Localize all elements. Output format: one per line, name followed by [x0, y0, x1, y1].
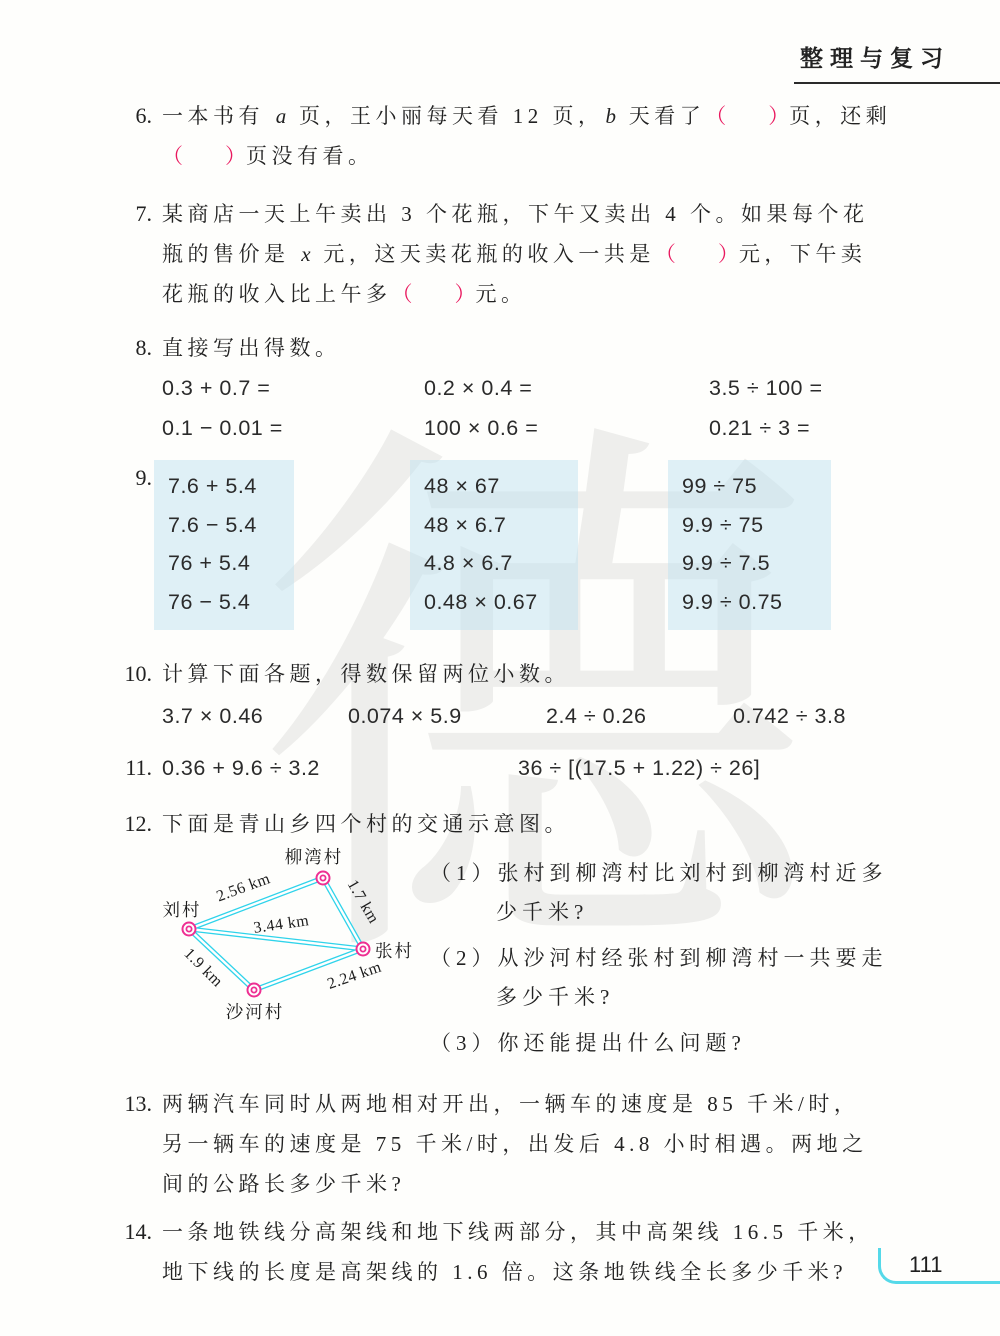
village-label-zhang: 张村: [375, 941, 414, 961]
question-10-equations: 3.7 × 0.46 0.074 × 5.9 2.4 ÷ 0.26 0.742 …: [162, 694, 918, 738]
blank-parentheses: （ ）: [392, 282, 476, 306]
question-10: 10. 计算下面各题，得数保留两位小数。 3.7 × 0.46 0.074 × …: [108, 654, 918, 738]
text-segment: 页，王小丽每天看 12 页，: [289, 104, 603, 128]
question-13-body: 两辆汽车同时从两地相对开出，一辆车的速度是 85 千米/时， 另一辆车的速度是 …: [162, 1084, 918, 1204]
question-12-content: 柳湾村 刘村 张村 沙河村 2.56 km 1.7 km 3.44 km 1.9…: [162, 846, 918, 1070]
question-8-title: 直接写出得数。: [162, 328, 918, 368]
question-12-subquestions: （1）张村到柳湾村比刘村到柳湾村近多 少千米? （2）从沙河村经张村到柳湾村一共…: [430, 846, 912, 1070]
equation: 2.4 ÷ 0.26: [546, 694, 733, 738]
equation: 36 ÷ [(17.5 + 1.22) ÷ 26]: [518, 748, 918, 788]
question-8: 8. 直接写出得数。 0.3 + 0.7 = 0.2 × 0.4 = 3.5 ÷…: [108, 328, 918, 448]
blank-parentheses: （ ）: [655, 242, 739, 266]
village-label-liuwan: 柳湾村: [285, 847, 344, 867]
equation: 76 − 5.4: [168, 583, 280, 622]
subquestion-line: （1）张村到柳湾村比刘村到柳湾村近多: [430, 854, 912, 893]
equation: 100 × 0.6 =: [424, 408, 709, 448]
blank-parentheses: （ ）: [705, 104, 789, 128]
village-label-liu: 刘村: [163, 900, 202, 920]
question-7-line-2: 瓶的售价是 x 元，这天卖花瓶的收入一共是（ ）元，下午卖: [162, 234, 918, 274]
page-number: 111: [909, 1252, 942, 1278]
question-14-line-2: 地下线的长度是高架线的 1.6 倍。这条地铁线全长多少千米?: [162, 1252, 918, 1292]
highlighted-equation-column: 7.6 + 5.4 7.6 − 5.4 76 + 5.4 76 − 5.4: [154, 460, 294, 630]
question-13-number: 13.: [108, 1084, 162, 1204]
equation: 76 + 5.4: [168, 544, 280, 583]
question-8-body: 直接写出得数。 0.3 + 0.7 = 0.2 × 0.4 = 3.5 ÷ 10…: [162, 328, 918, 448]
question-6-number: 6.: [108, 96, 162, 176]
math-variable-x: x: [299, 242, 313, 266]
question-14-line-1: 一条地铁线分高架线和地下线两部分，其中高架线 16.5 千米，: [162, 1212, 918, 1252]
question-14-body: 一条地铁线分高架线和地下线两部分，其中高架线 16.5 千米， 地下线的长度是高…: [162, 1212, 918, 1292]
question-13: 13. 两辆汽车同时从两地相对开出，一辆车的速度是 85 千米/时， 另一辆车的…: [108, 1084, 918, 1204]
question-9-body: 7.6 + 5.4 7.6 − 5.4 76 + 5.4 76 − 5.4 48…: [162, 458, 918, 630]
text-segment: 天看了: [619, 104, 705, 128]
question-13-line-1: 两辆汽车同时从两地相对开出，一辆车的速度是 85 千米/时，: [162, 1084, 918, 1124]
equation: 7.6 − 5.4: [168, 506, 280, 545]
question-9-columns: 7.6 + 5.4 7.6 − 5.4 76 + 5.4 76 − 5.4 48…: [162, 458, 918, 630]
question-9: 9. 7.6 + 5.4 7.6 − 5.4 76 + 5.4 76 − 5.4…: [108, 458, 918, 630]
subquestion-line: 多少千米?: [430, 978, 912, 1017]
equation: 0.21 ÷ 3 =: [709, 408, 918, 448]
question-6-line-1: 一本书有 a 页，王小丽每天看 12 页，b 天看了（ ）页，还剩: [162, 96, 918, 136]
equation: 0.1 − 0.01 =: [162, 408, 424, 448]
question-12-intro: 下面是青山乡四个村的交通示意图。: [162, 804, 918, 844]
subquestion-line: （2）从沙河村经张村到柳湾村一共要走: [430, 939, 912, 978]
text-segment: 元。: [476, 282, 527, 306]
village-node-liuwan-inner: [320, 875, 325, 880]
text-segment: 瓶的售价是: [162, 242, 299, 266]
question-11-equations: 0.36 + 9.6 ÷ 3.2 36 ÷ [(17.5 + 1.22) ÷ 2…: [162, 748, 918, 788]
math-variable-b: b: [604, 104, 620, 128]
question-11-number: 11.: [108, 748, 162, 788]
page-title: 整理与复习: [794, 46, 950, 71]
equation: 7.6 + 5.4: [168, 467, 280, 506]
equation: 9.9 ÷ 0.75: [682, 583, 817, 622]
question-6: 6. 一本书有 a 页，王小丽每天看 12 页，b 天看了（ ）页，还剩 （ ）…: [108, 96, 918, 176]
equation: 48 × 67: [424, 467, 564, 506]
question-7-line-1: 某商店一天上午卖出 3 个花瓶，下午又卖出 4 个。如果每个花: [162, 194, 918, 234]
text-segment: 一本书有: [162, 104, 274, 128]
equation: 3.5 ÷ 100 =: [709, 368, 918, 408]
question-11: 11. 0.36 + 9.6 ÷ 3.2 36 ÷ [(17.5 + 1.22)…: [108, 748, 918, 788]
subquestion-2: （2）从沙河村经张村到柳湾村一共要走 多少千米?: [430, 939, 912, 1017]
exercise-list: 6. 一本书有 a 页，王小丽每天看 12 页，b 天看了（ ）页，还剩 （ ）…: [108, 96, 918, 1292]
question-10-number: 10.: [108, 654, 162, 738]
village-node-liu-inner: [186, 926, 191, 931]
village-node-zhang-inner: [360, 946, 365, 951]
distance-label-liuwan-zhang: 1.7 km: [344, 877, 382, 927]
question-7-number: 7.: [108, 194, 162, 314]
question-12: 12. 下面是青山乡四个村的交通示意图。: [108, 804, 918, 1070]
subquestion-line: （3）你还能提出什么问题?: [430, 1024, 912, 1063]
question-12-body: 下面是青山乡四个村的交通示意图。: [162, 804, 918, 1070]
village-road-diagram: 柳湾村 刘村 张村 沙河村 2.56 km 1.7 km 3.44 km 1.9…: [142, 846, 442, 1070]
text-segment: 页，还剩: [789, 104, 891, 128]
equation: 4.8 × 6.7: [424, 544, 564, 583]
text-segment: 元，下午卖: [739, 242, 867, 266]
question-10-body: 计算下面各题，得数保留两位小数。 3.7 × 0.46 0.074 × 5.9 …: [162, 654, 918, 738]
equation: 0.48 × 0.67: [424, 583, 564, 622]
equation: 3.7 × 0.46: [162, 694, 348, 738]
question-7-body: 某商店一天上午卖出 3 个花瓶，下午又卖出 4 个。如果每个花 瓶的售价是 x …: [162, 194, 918, 314]
equation: 99 ÷ 75: [682, 467, 817, 506]
question-6-line-2: （ ）页没有看。: [162, 136, 918, 176]
text-segment: 花瓶的收入比上午多: [162, 282, 392, 306]
distance-label-shahe-zhang: 2.24 km: [325, 959, 383, 993]
road-map-svg: 柳湾村 刘村 张村 沙河村 2.56 km 1.7 km 3.44 km 1.9…: [142, 846, 442, 1046]
equation: 0.3 + 0.7 =: [162, 368, 424, 408]
math-variable-a: a: [274, 104, 290, 128]
question-6-body: 一本书有 a 页，王小丽每天看 12 页，b 天看了（ ）页，还剩 （ ）页没有…: [162, 96, 918, 176]
village-node-shahe-inner: [251, 987, 256, 992]
subquestion-1: （1）张村到柳湾村比刘村到柳湾村近多 少千米?: [430, 854, 912, 932]
question-7-line-3: 花瓶的收入比上午多（ ）元。: [162, 274, 918, 314]
question-13-line-2: 另一辆车的速度是 75 千米/时，出发后 4.8 小时相遇。两地之: [162, 1124, 918, 1164]
question-11-body: 0.36 + 9.6 ÷ 3.2 36 ÷ [(17.5 + 1.22) ÷ 2…: [162, 748, 918, 788]
equation: 0.074 × 5.9: [348, 694, 546, 738]
distance-label-liu-shahe: 1.9 km: [180, 945, 226, 991]
equation: 48 × 6.7: [424, 506, 564, 545]
page-header: 整理与复习: [794, 40, 1000, 84]
question-8-equations: 0.3 + 0.7 = 0.2 × 0.4 = 3.5 ÷ 100 = 0.1 …: [162, 368, 918, 448]
distance-label-liu-zhang: 3.44 km: [252, 912, 310, 937]
question-14-number: 14.: [108, 1212, 162, 1292]
subquestion-line: 少千米?: [430, 893, 912, 932]
equation: 0.2 × 0.4 =: [424, 368, 709, 408]
equation: 0.36 + 9.6 ÷ 3.2: [162, 748, 518, 788]
question-13-line-3: 间的公路长多少千米?: [162, 1164, 918, 1204]
text-segment: 页没有看。: [246, 144, 374, 168]
question-8-number: 8.: [108, 328, 162, 448]
text-segment: 元，这天卖花瓶的收入一共是: [314, 242, 655, 266]
equation: 9.9 ÷ 7.5: [682, 544, 817, 583]
subquestion-3: （3）你还能提出什么问题?: [430, 1024, 912, 1063]
blank-parentheses: （ ）: [162, 144, 246, 168]
equation: 0.742 ÷ 3.8: [733, 694, 918, 738]
equation: 9.9 ÷ 75: [682, 506, 817, 545]
village-label-shahe: 沙河村: [226, 1002, 285, 1022]
question-7: 7. 某商店一天上午卖出 3 个花瓶，下午又卖出 4 个。如果每个花 瓶的售价是…: [108, 194, 918, 314]
question-14: 14. 一条地铁线分高架线和地下线两部分，其中高架线 16.5 千米， 地下线的…: [108, 1212, 918, 1292]
page-number-tab: 111: [878, 1248, 1000, 1284]
question-10-title: 计算下面各题，得数保留两位小数。: [162, 654, 918, 694]
highlighted-equation-column: 48 × 67 48 × 6.7 4.8 × 6.7 0.48 × 0.67: [410, 460, 578, 630]
highlighted-equation-column: 99 ÷ 75 9.9 ÷ 75 9.9 ÷ 7.5 9.9 ÷ 0.75: [668, 460, 831, 630]
